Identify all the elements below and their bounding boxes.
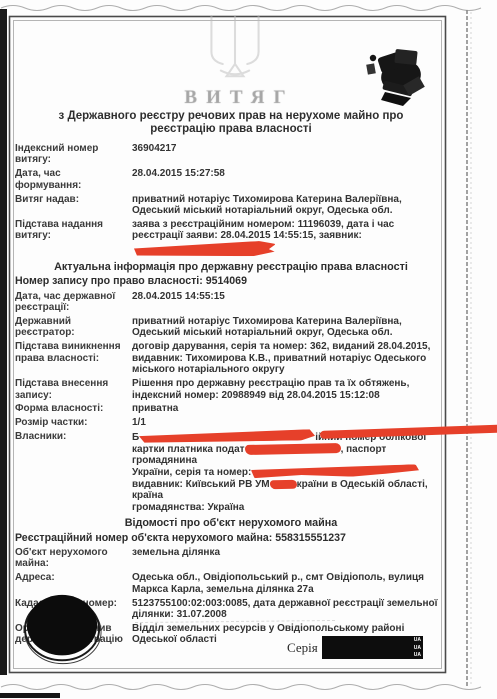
field-row: Об'єкт нерухомого майна: земельна ділянк… xyxy=(15,547,447,570)
field-label: Витяг надав: xyxy=(15,194,128,217)
field-value: Одеська обл., Овідіопольський р., смт Ов… xyxy=(132,572,447,595)
field-row: Підстава внесення запису: Рішення про де… xyxy=(15,378,447,401)
field-value: 5123755100:02:003:0085, дата державної р… xyxy=(132,598,447,621)
field-label: Підстава внесення запису: xyxy=(15,378,128,401)
field-value: 28.04.2015 15:27:58 xyxy=(132,168,447,191)
field-value: приватний нотаріус Тихомирова Катерина В… xyxy=(132,194,447,217)
owners-text: картки платника подат xyxy=(132,444,245,455)
field-row: Форма власності: приватна xyxy=(15,403,447,414)
field-value-owners: Бійний номер облікової картки платника п… xyxy=(132,431,447,513)
field-value: 1/1 xyxy=(132,417,447,428)
field-label: Державний реєстратор: xyxy=(15,316,128,339)
owners-text: видавник: Київський РВ УМ xyxy=(132,479,270,490)
field-value: земельна ділянка xyxy=(132,547,447,570)
field-row: Дата, час державної реєстрації: 28.04.20… xyxy=(15,291,447,314)
section-header: Актуальна інформація про державну реєстр… xyxy=(15,261,447,274)
watermark-title: ВИТЯГ xyxy=(128,87,342,109)
field-row: Державний реєстратор: приватний нотаріус… xyxy=(15,316,447,339)
field-value: 28.04.2015 14:55:15 xyxy=(132,291,447,314)
field-value: 36904217 xyxy=(132,143,447,166)
owners-text: України, серія та номер: xyxy=(132,467,251,478)
red-redaction-scribble xyxy=(134,241,276,258)
seria-label: Серія xyxy=(287,640,318,656)
field-label: Власники: xyxy=(15,431,128,513)
emblem-stamp xyxy=(362,44,432,110)
field-row: Підстава надання витягу: заява з реєстра… xyxy=(15,219,447,257)
ua-mark: UA xyxy=(414,652,421,658)
field-value: Рішення про державну реєстрацію прав та … xyxy=(132,378,447,401)
red-redaction-scribble xyxy=(244,443,340,455)
red-redaction-scribble xyxy=(139,429,315,444)
field-label: Розмір частки: xyxy=(15,417,128,428)
red-redaction-scribble xyxy=(251,465,419,480)
field-label: Індексний номер витягу: xyxy=(15,143,128,166)
watermark: ВИТЯГ xyxy=(128,14,342,109)
red-redaction-scribble xyxy=(270,480,297,490)
field-value: приватна xyxy=(132,403,447,414)
ua-mark: UA xyxy=(414,637,421,643)
record-number-line: Реєстраційний номер об'єкта нерухомого м… xyxy=(15,532,447,545)
ua-mark: UA xyxy=(414,645,421,651)
field-value: заява з реєстраційним номером: 11196039,… xyxy=(132,219,447,257)
field-row-owners: Власники: Бійний номер облікової картки … xyxy=(15,431,447,513)
field-label: Форма власності: xyxy=(15,403,128,414)
field-row: Витяг надав: приватний нотаріус Тихомиро… xyxy=(15,194,447,217)
section-header: Відомості про об'єкт нерухомого майна xyxy=(15,517,447,530)
field-label: Дата, час державної реєстрації: xyxy=(15,291,128,314)
trident-watermark-icon xyxy=(189,14,281,80)
owners-line: видавник: Київський РВ УМкраїни в Одеськ… xyxy=(132,479,447,502)
document-body: з Державного реєстру речових прав на нер… xyxy=(15,110,447,648)
field-row: Індексний номер витягу: 36904217 xyxy=(15,143,447,166)
field-value: договір дарування, серія та номер: 362, … xyxy=(132,341,447,375)
field-label: Об'єкт нерухомого майна: xyxy=(15,547,128,570)
document-title: з Державного реєстру речових прав на нер… xyxy=(35,110,427,136)
field-label: Дата, час формування: xyxy=(15,168,128,191)
field-label: Підстава виникнення права власності: xyxy=(15,341,128,375)
owners-text: Б xyxy=(132,432,139,443)
field-label: Підстава надання витягу: xyxy=(15,219,128,257)
owners-line: України, серія та номер: xyxy=(132,466,447,478)
document-page: ВИТЯГ з Державного реєстру речових прав … xyxy=(0,0,497,699)
seria-redaction-box: UA UA UA xyxy=(322,636,423,659)
owners-line: громадянства: Україна xyxy=(132,502,447,513)
field-value-text: заява з реєстраційним номером: 11196039,… xyxy=(132,219,394,241)
field-value: приватний нотаріус Тихомирова Катерина В… xyxy=(132,316,447,339)
field-row: Розмір частки: 1/1 xyxy=(15,417,447,428)
field-row: Дата, час формування: 28.04.2015 15:27:5… xyxy=(15,168,447,191)
field-row: Підстава виникнення права власності: дог… xyxy=(15,341,447,375)
scan-edge-artifact xyxy=(0,9,7,675)
scan-edge-artifact xyxy=(0,693,60,698)
record-number-line: Номер запису про право власності: 951406… xyxy=(15,275,447,288)
seal-stamp xyxy=(22,592,106,670)
owners-line: картки платника подат, паспорт громадяни… xyxy=(132,444,447,467)
